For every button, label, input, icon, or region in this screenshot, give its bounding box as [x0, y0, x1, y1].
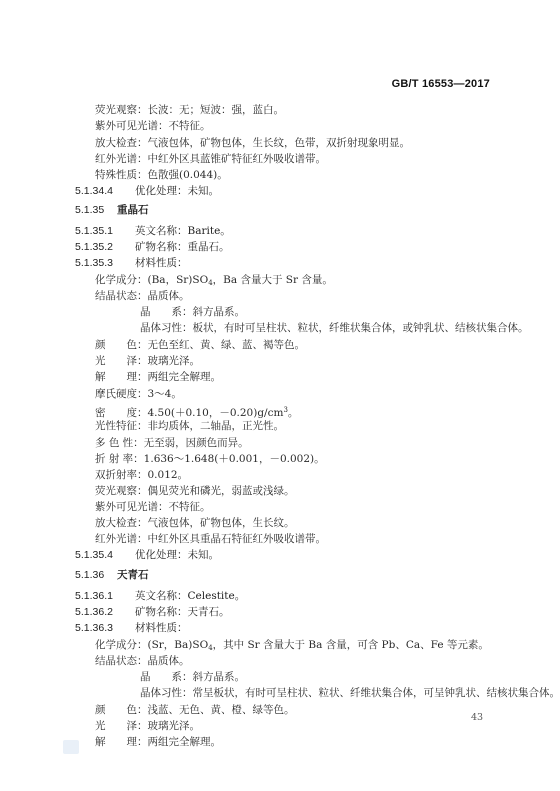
clause-5-1-35-4: 5.1.35.4优化处理：未知。	[75, 548, 219, 562]
clause-number: 5.1.34.4	[75, 184, 135, 198]
clause-text: 矿物名称：重晶石。	[135, 241, 230, 253]
clause-5-1-35-2: 5.1.35.2矿物名称：重晶石。	[75, 240, 230, 254]
clause-5-1-35-3: 5.1.35.3材料性质：	[75, 256, 188, 270]
crystal-habit-line: 晶体习性：常呈板状，有时可呈柱状、粒状、纤维状集合体，可呈钟乳状、结核状集合体。	[140, 686, 560, 700]
chemical-composition-line: 化学成分：(Sr，Ba)SO4，其中 Sr 含量大于 Ba 含量，可含 Pb、C…	[95, 638, 489, 655]
refractive-index-line: 折 射 率：1.636～1.648(＋0.001，－0.002)。	[95, 452, 325, 466]
section-heading-5-1-35: 5.1.35重晶石	[75, 203, 149, 217]
section-heading-5-1-36: 5.1.36天青石	[75, 568, 149, 582]
clause-5-1-34-4: 5.1.34.4优化处理：未知。	[75, 184, 219, 198]
clause-number: 5.1.36.1	[75, 589, 135, 603]
clause-text: 材料性质：	[135, 622, 188, 634]
luster-line: 光 泽：玻璃光泽。	[95, 719, 200, 733]
uv-vis-line: 紫外可见光谱：不特征。	[95, 119, 211, 133]
clause-5-1-35-1: 5.1.35.1英文名称：Barite。	[75, 224, 231, 238]
clause-text: 英文名称：Barite。	[135, 225, 231, 237]
clause-text: 优化处理：未知。	[135, 549, 219, 561]
cleavage-line: 解 理：两组完全解理。	[95, 735, 221, 749]
crystal-system-line: 晶 系：斜方晶系。	[140, 305, 245, 319]
clause-number: 5.1.35.2	[75, 240, 135, 254]
crystal-state-line: 结晶状态：晶质体。	[95, 289, 190, 303]
chemical-composition-line: 化学成分：(Ba，Sr)SO4，Ba 含量大于 Sr 含量。	[95, 273, 333, 290]
clause-number: 5.1.35.3	[75, 256, 135, 270]
magnification-line: 放大检查：气液包体，矿物包体，生长纹，色带，双折射现象明显。	[95, 136, 410, 150]
optical-character-line: 光性特征：非均质体，二轴晶，正光性。	[95, 419, 284, 433]
chem-note: ，Ba 含量大于 Sr 含量。	[213, 274, 333, 286]
section-title: 天青石	[117, 569, 149, 581]
color-line: 颜 色：浅蓝、无色、黄、橙、绿等色。	[95, 703, 295, 717]
infrared-line: 红外光谱：中红外区具重晶石特征红外吸收谱带。	[95, 532, 326, 546]
clause-text: 优化处理：未知。	[135, 185, 219, 197]
pleochroism-line: 多 色 性：无至弱，因颜色而异。	[95, 436, 249, 450]
infrared-line: 红外光谱：中红外区具蓝锥矿特征红外吸收谱带。	[95, 152, 326, 166]
chem-formula: 化学成分：(Sr，Ba)SO	[95, 639, 208, 651]
page-number: 43	[471, 712, 483, 723]
fluorescence-line: 荧光观察：长波：无；短波：强，蓝白。	[95, 103, 284, 117]
clause-5-1-36-2: 5.1.36.2矿物名称：天青石。	[75, 605, 230, 619]
clause-number: 5.1.35.4	[75, 548, 135, 562]
density-end: 。	[288, 407, 299, 419]
clause-5-1-36-1: 5.1.36.1英文名称：Celestite。	[75, 589, 245, 603]
document-page: GB/T 16553—2017 荧光观察：长波：无；短波：强，蓝白。 紫外可见光…	[0, 0, 560, 791]
clause-number: 5.1.36.3	[75, 621, 135, 635]
density-value: 密 度：4.50(＋0.10，－0.20)g/cm	[95, 407, 283, 419]
crystal-state-line: 结晶状态：晶质体。	[95, 654, 190, 668]
clause-number: 5.1.36.2	[75, 605, 135, 619]
hardness-line: 摩氏硬度：3～4。	[95, 387, 182, 401]
special-property-line: 特殊性质：色散强(0.044)。	[95, 168, 228, 182]
luster-line: 光 泽：玻璃光泽。	[95, 354, 200, 368]
chem-formula: 化学成分：(Ba，Sr)SO	[95, 274, 208, 286]
magnification-line: 放大检查：气液包体，矿物包体，生长纹。	[95, 516, 295, 530]
cleavage-line: 解 理：两组完全解理。	[95, 370, 221, 384]
fluorescence-line: 荧光观察：偶见荧光和磷光，弱蓝或浅绿。	[95, 484, 295, 498]
clause-number: 5.1.35.1	[75, 224, 135, 238]
density-line: 密 度：4.50(＋0.10，－0.20)g/cm3。	[95, 403, 298, 420]
crystal-habit-line: 晶体习性：板状，有时可呈柱状、粒状，纤维状集合体，或钟乳状、结核状集合体。	[140, 321, 529, 335]
color-line: 颜 色：无色至红、黄、绿、蓝、褐等色。	[95, 338, 305, 352]
uv-vis-line: 紫外可见光谱：不特征。	[95, 500, 211, 514]
clause-5-1-36-3: 5.1.36.3材料性质：	[75, 621, 188, 635]
crystal-system-line: 晶 系：斜方晶系。	[140, 670, 245, 684]
chem-note: ，其中 Sr 含量大于 Ba 含量，可含 Pb、Ca、Fe 等元素。	[213, 639, 489, 651]
standard-header: GB/T 16553—2017	[392, 78, 490, 90]
clause-text: 材料性质：	[135, 257, 188, 269]
section-title: 重晶石	[117, 204, 149, 216]
birefringence-line: 双折射率：0.012。	[95, 468, 188, 482]
section-number: 5.1.35	[75, 203, 117, 217]
clause-text: 矿物名称：天青石。	[135, 606, 230, 618]
publisher-logo-icon	[63, 740, 79, 754]
clause-text: 英文名称：Celestite。	[135, 590, 245, 602]
section-number: 5.1.36	[75, 568, 117, 582]
